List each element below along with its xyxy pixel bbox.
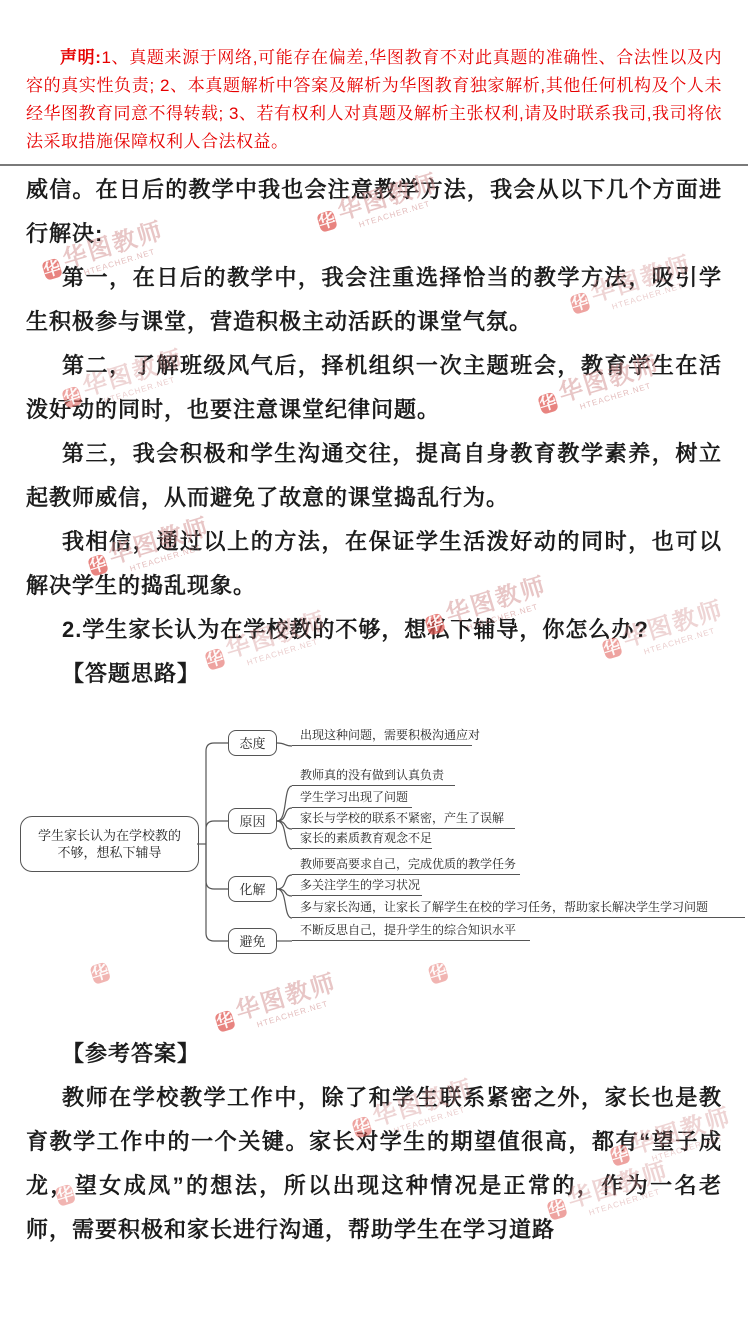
mindmap-leaf: 出现这种问题，需要积极沟通应对 xyxy=(292,726,472,746)
mindmap-branch-avoidance: 避免 xyxy=(228,928,277,954)
body-paragraph-3: 第二，了解班级风气后，择机组织一次主题班会，教育学生在活泼好动的同时，也要注意课… xyxy=(26,344,722,432)
mindmap-leaf: 多与家长沟通，让家长了解学生在校的学习任务，帮助家长解决学生学习问题 xyxy=(292,898,745,918)
mindmap-branch-resolution: 化解 xyxy=(228,876,277,902)
body-paragraph-2: 第一，在日后的教学中，我会注重选择恰当的教学方法，吸引学生积极参与课堂，营造积极… xyxy=(26,256,722,344)
disclaimer-label: 声明: xyxy=(60,48,101,67)
body-paragraph-1: 威信。在日后的教学中我也会注意教学方法，我会从以下几个方面进行解决: xyxy=(26,168,722,256)
mindmap-leaf: 学生学习出现了问题 xyxy=(292,788,412,808)
answer-idea-mindmap: 学生家长认为在学校教的 不够，想私下辅导 态度 原因 化解 避免 出现这种问题，… xyxy=(0,708,748,960)
mindmap-branch-causes: 原因 xyxy=(228,808,277,834)
mindmap-leaf: 多关注学生的学习状况 xyxy=(292,876,422,896)
mindmap-leaf: 家长与学校的联系不紧密，产生了误解 xyxy=(292,809,515,829)
mindmap-root-line-2: 不够，想私下辅导 xyxy=(21,844,198,861)
body-paragraph-4: 第三，我会积极和学生沟通交往，提高自身教育教学素养，树立起教师威信，从而避免了故… xyxy=(26,432,722,520)
page-content: 声明:1、真题来源于网络,可能存在偏差,华图教育不对此真题的准确性、合法性以及内… xyxy=(0,0,748,1252)
answer-paragraph-1: 教师在学校教学工作中，除了和学生联系紧密之外，家长也是教育教学工作中的一个关键。… xyxy=(26,1076,722,1252)
answer-idea-heading: 【答题思路】 xyxy=(26,652,722,696)
mindmap-branch-attitude: 态度 xyxy=(228,730,277,756)
mindmap-leaf: 家长的素质教育观念不足 xyxy=(292,829,432,849)
mindmap-root-line-1: 学生家长认为在学校教的 xyxy=(21,827,198,844)
mindmap-leaf: 教师真的没有做到认真负责 xyxy=(292,766,455,786)
mindmap-leaf: 不断反思自己，提升学生的综合知识水平 xyxy=(292,921,530,941)
disclaimer-body: 1、真题来源于网络,可能存在偏差,华图教育不对此真题的准确性、合法性以及内容的真… xyxy=(26,48,722,151)
mindmap-root-node: 学生家长认为在学校教的 不够，想私下辅导 xyxy=(20,816,199,872)
question-2: 2.学生家长认为在学校教的不够，想私下辅导，你怎么办? xyxy=(26,608,722,652)
mindmap-leaf: 教师要高要求自己，完成优质的教学任务 xyxy=(292,855,520,875)
document-page: 华 华图教师HTEACHER.NET 华 华图教师HTEACHER.NET 华 … xyxy=(0,0,748,1335)
body-paragraph-5: 我相信，通过以上的方法，在保证学生活泼好动的同时，也可以解决学生的捣乱现象。 xyxy=(26,520,722,608)
disclaimer-text: 声明:1、真题来源于网络,可能存在偏差,华图教育不对此真题的准确性、合法性以及内… xyxy=(26,44,722,156)
separator-line xyxy=(0,164,748,166)
reference-answer-heading: 【参考答案】 xyxy=(26,1032,722,1076)
